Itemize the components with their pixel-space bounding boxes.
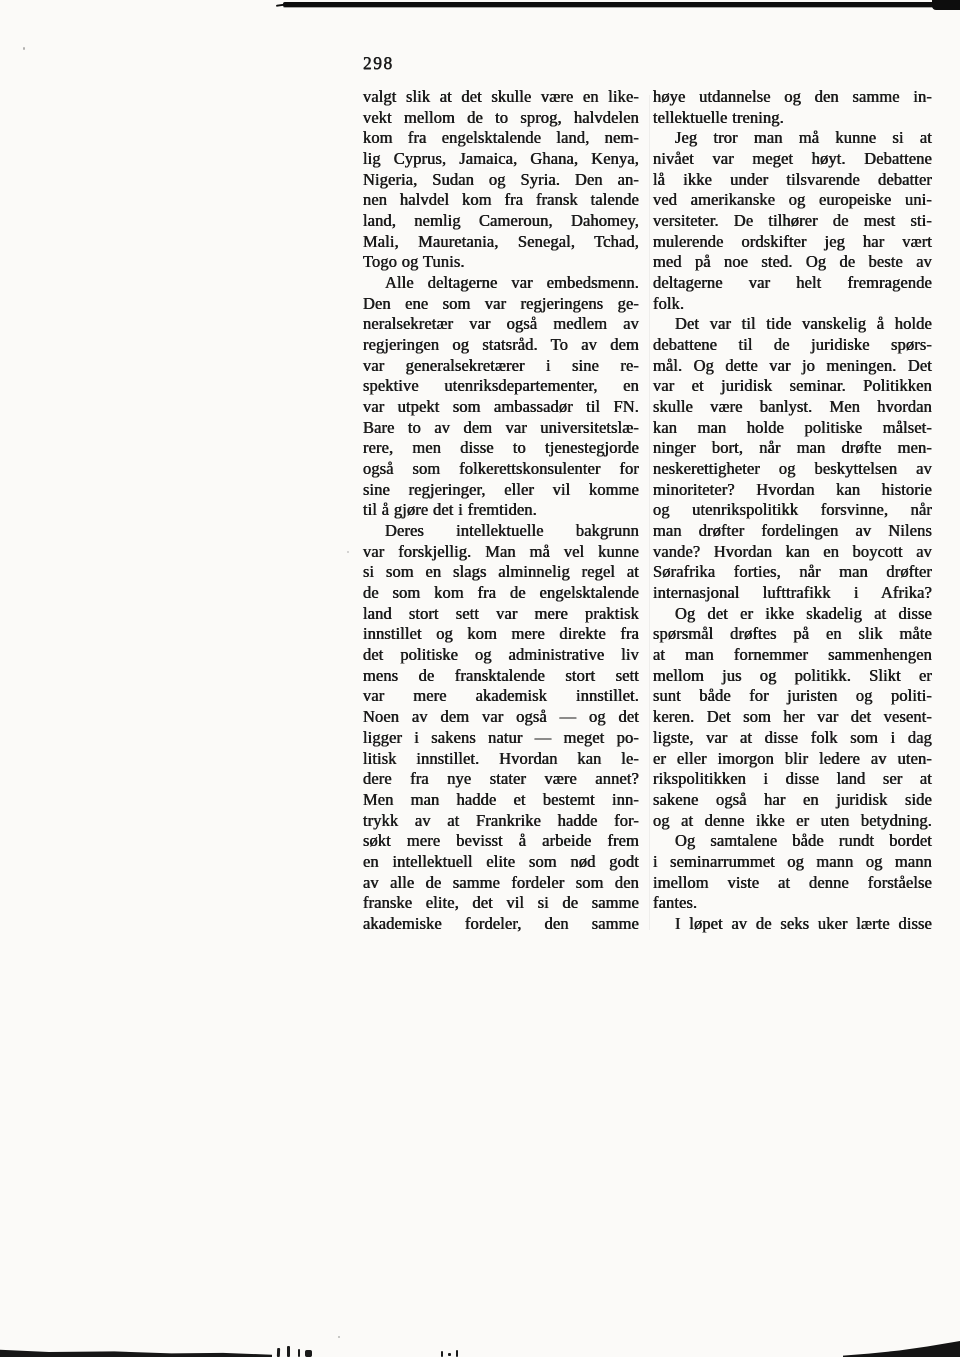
text-line: også som folkerettskonsulenter for (363, 459, 639, 480)
text-line: Den ene som var regjeringens ge- (363, 294, 639, 315)
text-line: var utpekt som ambassadør til FN. (363, 397, 639, 418)
text-line: ligger i sakens natur — meget po- (363, 728, 639, 749)
text-line: de som kom fra de engelsktalende (363, 583, 639, 604)
text-line: skulle være banlyst. Men hvordan (653, 397, 932, 418)
text-line: Og det er ikke skadelig at disse (653, 604, 932, 625)
column-divider-shadow (649, 95, 650, 930)
text-line: nen halvdel kom fra fransk talende (363, 190, 639, 211)
text-line: land stort sett var mere praktisk (363, 604, 639, 625)
text-line: franske elite, det vil si de samme (363, 893, 639, 914)
text-line: at man fornemmer sammenhengen (653, 645, 932, 666)
text-line: var mere akademisk innstillet. (363, 686, 639, 707)
text-line: det politiske og administrative liv (363, 645, 639, 666)
text-line: mens de fransktalende stort sett (363, 666, 639, 687)
text-line: var et juridisk seminar. Politikken (653, 376, 932, 397)
text-line: Jeg tror man må kunne si at (653, 128, 932, 149)
text-line: litisk innstillet. Hvordan kan le- (363, 749, 639, 770)
text-line: Sørafrika forties, når man drøfter (653, 562, 932, 583)
text-line: og utenrikspolitikk forsvinne, når (653, 500, 932, 521)
text-line: deltagerne var helt fremragende (653, 273, 932, 294)
text-line: Mali, Mauretania, Senegal, Tchad, (363, 232, 639, 253)
scan-artifact-letter-fragment (277, 1348, 280, 1357)
text-line: si som en slags alminnelig regel at (363, 562, 639, 583)
text-line: mål. Og dette var jo meningen. Det (653, 356, 932, 377)
text-line: ligste, var at disse folk som i dag (653, 728, 932, 749)
text-line: regjeringen og statsråd. To av dem (363, 335, 639, 356)
text-line: til å gjøre det i fremtiden. (363, 500, 639, 521)
text-line: internasjonal lufttrafikk i Afrika? (653, 583, 932, 604)
text-line: lig Cyprus, Jamaica, Ghana, Kenya, (363, 149, 639, 170)
text-line: neskerettigheter og beskyttelsen av (653, 459, 932, 480)
text-line: med på noe sted. Og de beste av (653, 252, 932, 273)
text-line: trykk av at Frankrike hadde for- (363, 811, 639, 832)
text-line: kom fra engelsktalende land, nem- (363, 128, 639, 149)
page-number: 298 (363, 53, 394, 74)
scan-artifact-letter-fragment (448, 1353, 451, 1356)
scan-artifact-letter-fragment (298, 1349, 300, 1357)
text-line: sine regjeringer, eller vil komme (363, 480, 639, 501)
text-line: høye utdannelse og den samme in- (653, 87, 932, 108)
text-line: Togo og Tunis. (363, 252, 639, 273)
text-line: var generalsekretærer i sine re- (363, 356, 639, 377)
scan-speck (338, 1336, 340, 1338)
text-line: vekt mellom de to sprog, halvdelen (363, 108, 639, 129)
text-line: spørsmål drøftes på en slik måte (653, 624, 932, 645)
text-line: og at denne ikke er uten betydning. (653, 811, 932, 832)
scan-artifact-top-bar (283, 2, 960, 7)
text-line: søkt mere bevisst å arbeide frem (363, 831, 639, 852)
text-line: Alle deltagerne var embedsmenn. (363, 273, 639, 294)
text-line: mulerende ordskifter jeg har vært (653, 232, 932, 253)
text-line: i seminarrummet og mann og mann (653, 852, 932, 873)
text-line: Deres intellektuelle bakgrunn (363, 521, 639, 542)
scan-artifact-top-right-blob (932, 0, 960, 10)
text-line: av alle de samme fordeler som den (363, 873, 639, 894)
scan-artifact-letter-fragment (305, 1350, 312, 1357)
text-line: dere fra nye stater være annet? (363, 769, 639, 790)
scanned-page: 298 valgt slik at det skulle være en lik… (0, 0, 960, 1357)
scan-speck (23, 47, 25, 50)
text-line: fantes. (653, 893, 932, 914)
text-line: neralsekretær var også medlem av (363, 314, 639, 335)
text-line: var forskjellig. Man må vel kunne (363, 542, 639, 563)
text-line: folk. (653, 294, 932, 315)
scan-artifact-bottom-left-streak (0, 1349, 272, 1357)
text-line: Det var til tide vanskelig å holde (653, 314, 932, 335)
text-line: Noen av dem var også — og det (363, 707, 639, 728)
scan-artifact-bottom-right-wedge (843, 1340, 960, 1357)
text-line: versiteter. De tilhører de mest sti- (653, 211, 932, 232)
right-column: høye utdannelse og den samme in-tellektu… (653, 87, 932, 935)
text-line: ved amerikanske og europeiske uni- (653, 190, 932, 211)
text-line: imellom viste at denne forståelse (653, 873, 932, 894)
text-line: nivået var meget høyt. Debattene (653, 149, 932, 170)
text-line: Men man hadde et bestemt inn- (363, 790, 639, 811)
text-line: sakene også har en juridisk side (653, 790, 932, 811)
text-line: rere, men disse to tjenestegjorde (363, 438, 639, 459)
text-line: vande? Hvordan kan en boycott av (653, 542, 932, 563)
text-line: I løpet av de seks uker lærte disse (653, 914, 932, 935)
text-line: keren. Det som her var det vesent- (653, 707, 932, 728)
scan-artifact-letter-fragment (287, 1346, 290, 1357)
text-line: innstillet og kom mere direkte fra (363, 624, 639, 645)
text-line: rikspolitikken i disse land ser at (653, 769, 932, 790)
text-line: Nigeria, Sudan og Syria. Den an- (363, 170, 639, 191)
text-line: spektive utenriksdepartementer, en (363, 376, 639, 397)
text-line: en intellektuell elite som nød godt (363, 852, 639, 873)
text-line: Og samtalene både rundt bordet (653, 831, 932, 852)
text-line: valgt slik at det skulle være en like- (363, 87, 639, 108)
text-line: ninger bort, når man drøfte men- (653, 438, 932, 459)
scan-artifact-letter-fragment (456, 1350, 458, 1357)
text-line: akademiske fordeler, den samme (363, 914, 639, 935)
text-line: sunt både for juristen og politi- (653, 686, 932, 707)
text-line: lå ikke under tilsvarende debatter (653, 170, 932, 191)
left-column: valgt slik at det skulle være en like-ve… (363, 87, 639, 935)
scan-speck (347, 551, 349, 553)
text-line: debattene til de juridiske spørs- (653, 335, 932, 356)
scan-artifact-letter-fragment (441, 1351, 443, 1357)
text-line: kan man holde politiske målset- (653, 418, 932, 439)
text-line: minoriteter? Hvordan kan historie (653, 480, 932, 501)
text-line: land, nemlig Cameroun, Dahomey, (363, 211, 639, 232)
text-line: mellom jus og politikk. Slikt er (653, 666, 932, 687)
text-line: man drøfter fordelingen av Nilens (653, 521, 932, 542)
text-line: Bare to av dem var universitetslæ- (363, 418, 639, 439)
text-line: er eller imorgon blir ledere av uten- (653, 749, 932, 770)
text-line: tellektuelle trening. (653, 108, 932, 129)
